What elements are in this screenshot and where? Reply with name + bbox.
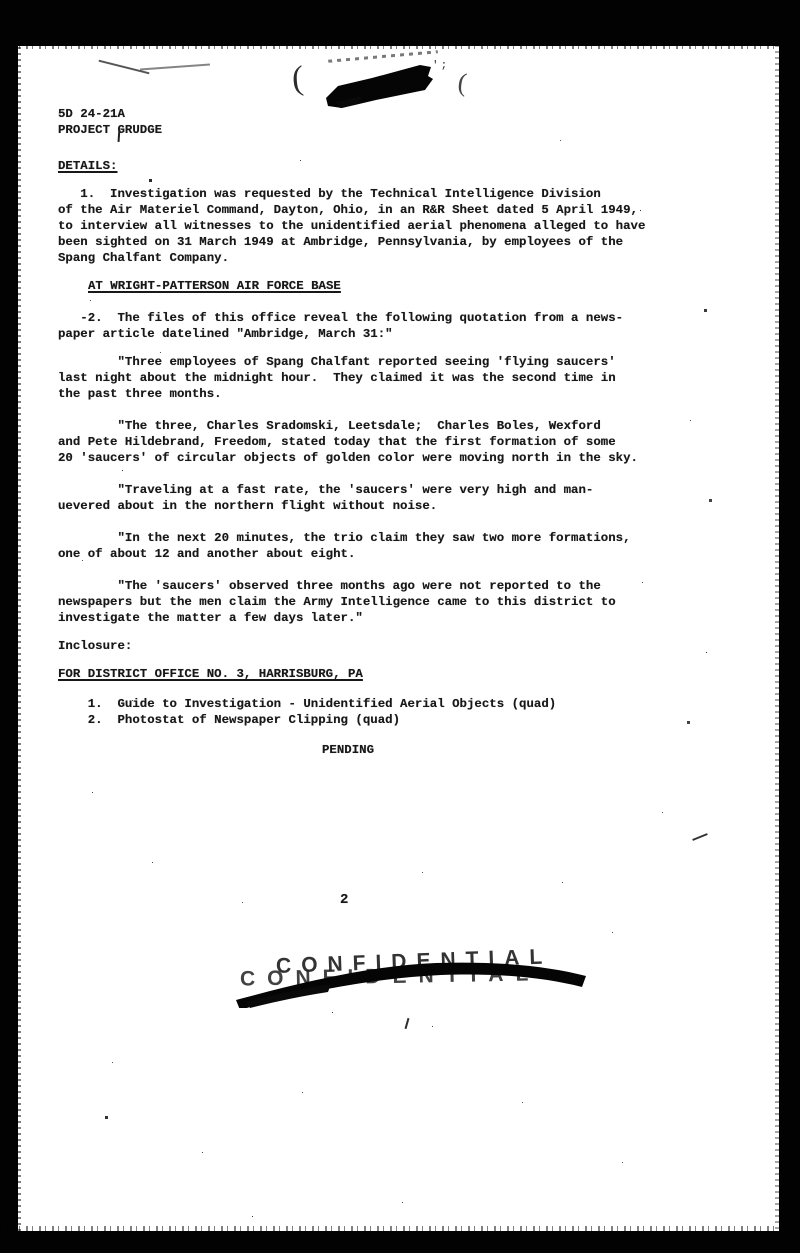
stamp-fragment-ticks: ';: [432, 60, 449, 72]
district-office-heading: FOR DISTRICT OFFICE NO. 3, HARRISBURG, P…: [58, 666, 772, 682]
scan-edge-noise: [0, 44, 800, 49]
paragraph-2: -2. The files of this office reveal the …: [58, 310, 772, 342]
classification-stamp-struck-out: CONFIDENTIAL CONFIDENTIAL: [236, 950, 592, 1008]
document-body: 5D 24-21A PROJECT GRUDGEDETAILS: 1. Inve…: [58, 106, 772, 908]
marker-strike-swoosh: [236, 950, 592, 1008]
quote-paragraph-2: "The three, Charles Sradomski, Leetsdale…: [58, 418, 772, 466]
quote-paragraph-5: "The 'saucers' observed three months ago…: [58, 578, 772, 626]
scan-edge-noise: [16, 46, 21, 1231]
quote-paragraph-1: "Three employees of Spang Chalfant repor…: [58, 354, 772, 402]
redaction-bar: [292, 52, 502, 116]
scan-border-bottom: [0, 1231, 800, 1253]
scan-edge-noise: [775, 8, 780, 1253]
scan-speckle-noise: [0, 0, 1, 1]
details-heading: DETAILS:: [58, 158, 772, 174]
wright-patterson-heading: AT WRIGHT-PATTERSON AIR FORCE BASE: [88, 278, 772, 294]
pending-status: PENDING: [322, 742, 772, 758]
quote-paragraph-3: "Traveling at a fast rate, the 'saucers'…: [58, 482, 772, 514]
scan-border-right: [779, 0, 800, 1253]
page-number: 2: [340, 892, 772, 908]
redacted-stamp-top: ( '; (: [292, 52, 502, 116]
inclosure-list: 1. Guide to Investigation - Unidentified…: [58, 696, 772, 728]
scanned-document-page: 5D 24-21A PROJECT GRUDGEDETAILS: 1. Inve…: [0, 0, 800, 1253]
inclosure-label: Inclosure:: [58, 638, 772, 654]
scan-border-top: [0, 0, 800, 46]
scan-edge-noise: [0, 1226, 800, 1232]
paragraph-1: 1. Investigation was requested by the Te…: [58, 186, 772, 266]
quote-paragraph-4: "In the next 20 minutes, the trio claim …: [58, 530, 772, 562]
